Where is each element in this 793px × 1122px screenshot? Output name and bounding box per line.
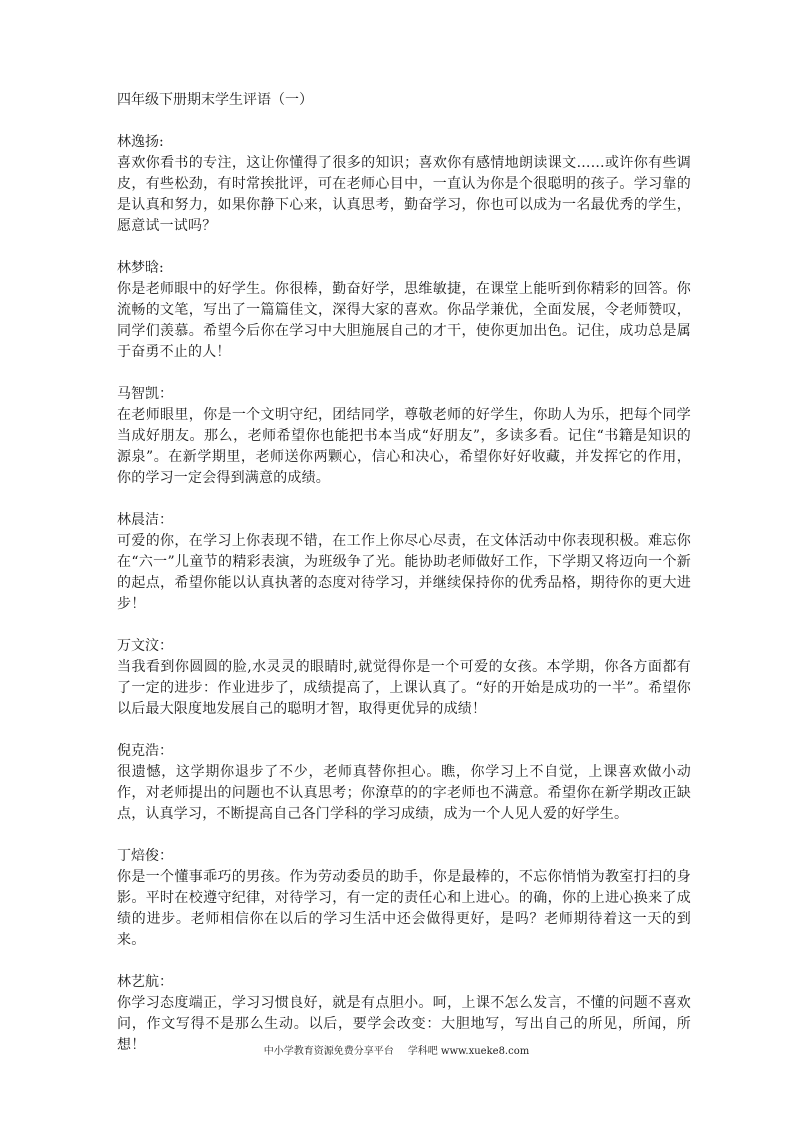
student-comment: 很遗憾，这学期你退步了不少，老师真替你担心。瞧，你学习上不自觉，上课喜欢做小动作… (117, 762, 691, 825)
student-comment: 在老师眼里，你是一个文明守纪，团结同学，尊敬老师的好学生，你助人为乐，把每个同学… (117, 405, 691, 489)
student-name: 林艺航： (117, 972, 691, 993)
student-comment: 你是一个懂事乖巧的男孩。作为劳动委员的助手，你是最棒的，不忘你悄悄为教室打扫的身… (117, 867, 691, 951)
student-name: 林逸扬: (117, 132, 691, 153)
student-comment: 你是老师眼中的好学生。你很棒，勤奋好学，思维敏捷，在课堂上能听到你精彩的回答。你… (117, 279, 691, 363)
page-footer: 中小学教育资源免费分享平台学科吧 www.xueke8.com (0, 1042, 793, 1057)
student-name: 林梦晗: (117, 258, 691, 279)
student-entry: 丁焙俊： 你是一个懂事乖巧的男孩。作为劳动委员的助手，你是最棒的，不忘你悄悄为教… (117, 846, 691, 951)
student-entry: 马智凯： 在老师眼里，你是一个文明守纪，团结同学，尊敬老师的好学生，你助人为乐，… (117, 384, 691, 489)
student-name: 林晨洁： (117, 510, 691, 531)
student-comment: 当我看到你圆圆的脸,水灵灵的眼睛时,就觉得你是一个可爱的女孩。本学期，你各方面都… (117, 657, 691, 720)
student-entry: 林逸扬: 喜欢你看书的专注，这让你懂得了很多的知识；喜欢你有感情地朗读课文……或… (117, 132, 691, 237)
student-entry: 林梦晗: 你是老师眼中的好学生。你很棒，勤奋好学，思维敏捷，在课堂上能听到你精彩… (117, 258, 691, 363)
student-comment: 喜欢你看书的专注，这让你懂得了很多的知识；喜欢你有感情地朗读课文……或许你有些调… (117, 153, 691, 237)
student-name: 倪克浩： (117, 741, 691, 762)
student-entry: 林晨洁： 可爱的你，在学习上你表现不错，在工作上你尽心尽责，在文体活动中你表现积… (117, 510, 691, 615)
student-name: 万文汶： (117, 636, 691, 657)
student-entry: 万文汶： 当我看到你圆圆的脸,水灵灵的眼睛时,就觉得你是一个可爱的女孩。本学期，… (117, 636, 691, 720)
student-name: 丁焙俊： (117, 846, 691, 867)
student-name: 马智凯： (117, 384, 691, 405)
student-entry: 倪克浩： 很遗憾，这学期你退步了不少，老师真替你担心。瞧，你学习上不自觉，上课喜… (117, 741, 691, 825)
document-title: 四年级下册期末学生评语（一） (117, 90, 691, 111)
student-comment: 可爱的你，在学习上你表现不错，在工作上你尽心尽责，在文体活动中你表现积极。难忘你… (117, 531, 691, 615)
footer-site: 学科吧 www.xueke8.com (408, 1046, 529, 1057)
footer-platform: 中小学教育资源免费分享平台 (264, 1046, 394, 1057)
document-page: 四年级下册期末学生评语（一） 林逸扬: 喜欢你看书的专注，这让你懂得了很多的知识… (117, 90, 691, 1077)
